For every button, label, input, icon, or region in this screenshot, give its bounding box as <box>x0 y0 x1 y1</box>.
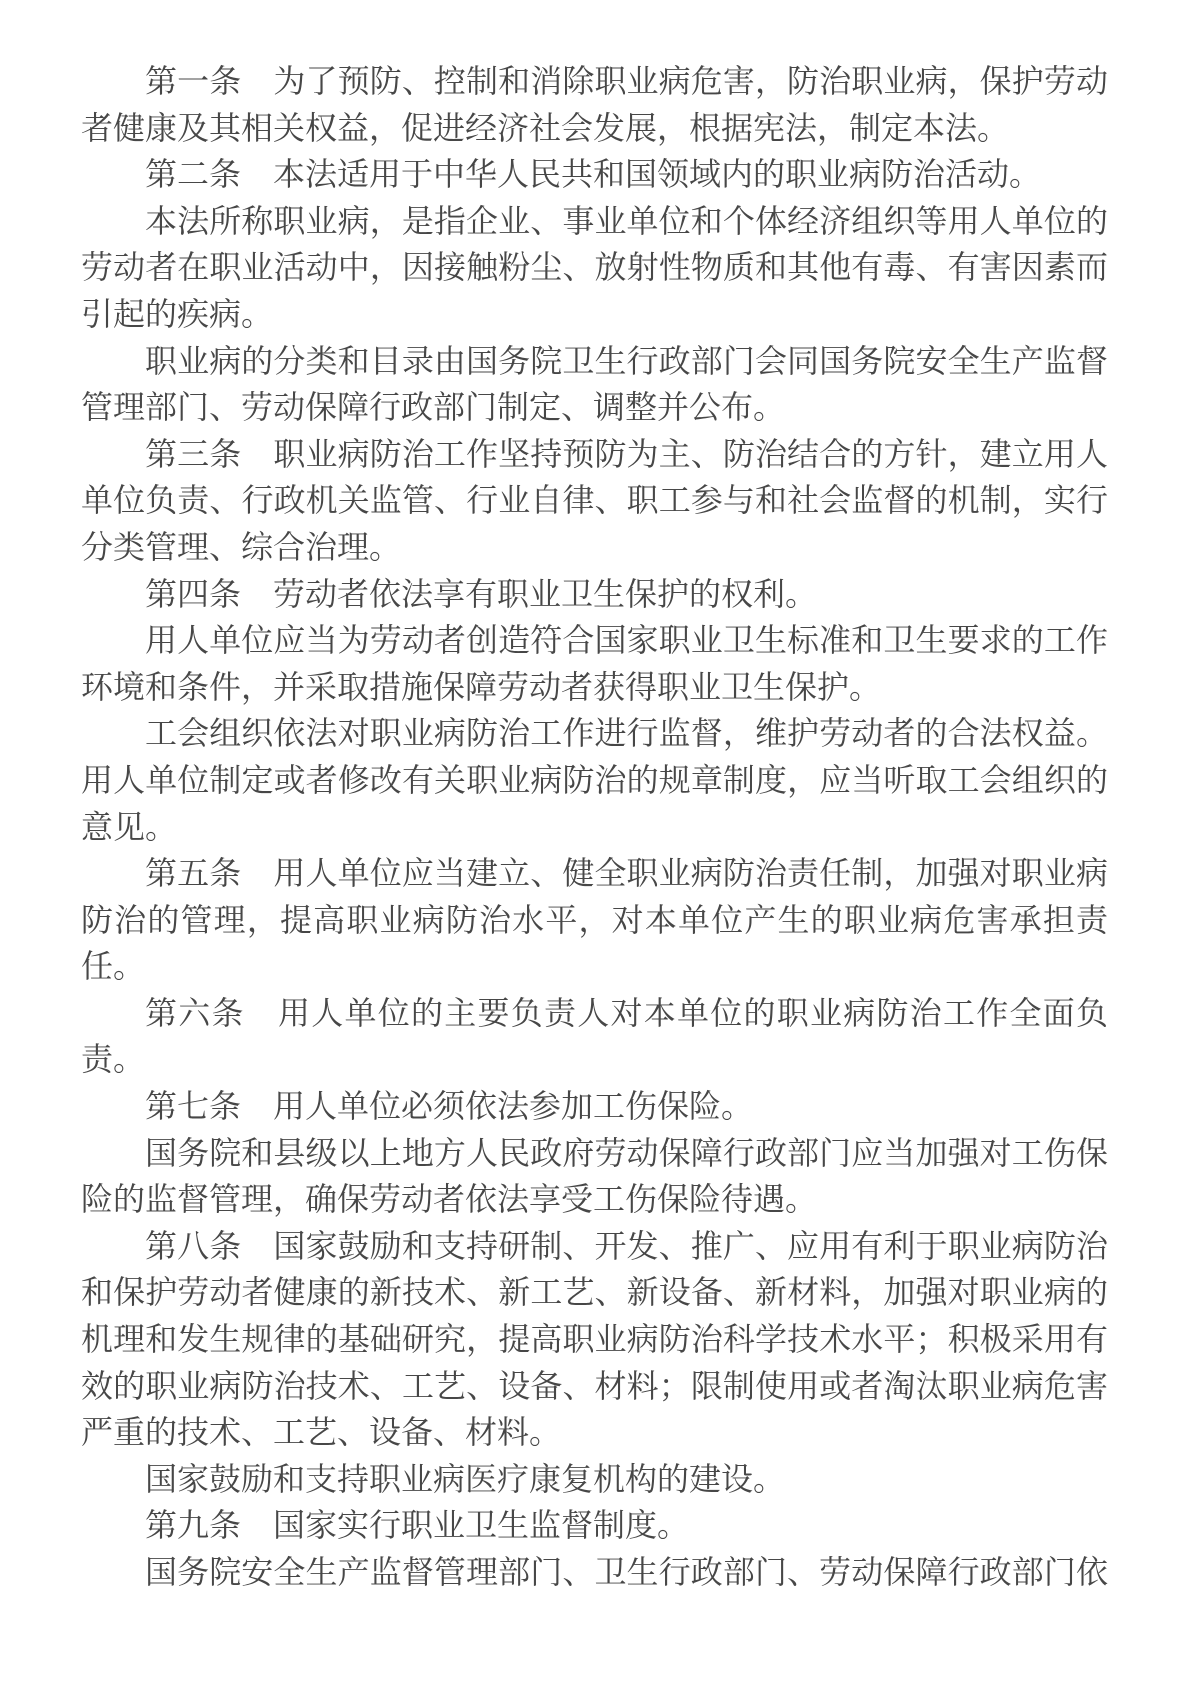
text-line: 和保护劳动者健康的新技术、新工艺、新设备、新材料，加强对职业病的 <box>81 1269 1108 1316</box>
text-line: 责。 <box>81 1036 1108 1083</box>
text-line: 用人单位制定或者修改有关职业病防治的规章制度，应当听取工会组织的 <box>81 757 1108 804</box>
text-line: 工会组织依法对职业病防治工作进行监督，维护劳动者的合法权益。 <box>81 710 1108 757</box>
text-line: 第九条 国家实行职业卫生监督制度。 <box>81 1502 1108 1549</box>
text-line: 环境和条件，并采取措施保障劳动者获得职业卫生保护。 <box>81 664 1108 711</box>
text-line: 第一条 为了预防、控制和消除职业病危害，防治职业病，保护劳动 <box>81 58 1108 105</box>
text-line: 机理和发生规律的基础研究，提高职业病防治科学技术水平；积极采用有 <box>81 1316 1108 1363</box>
text-line: 分类管理、综合治理。 <box>81 524 1108 571</box>
text-line: 职业病的分类和目录由国务院卫生行政部门会同国务院安全生产监督 <box>81 338 1108 385</box>
text-line: 国务院和县级以上地方人民政府劳动保障行政部门应当加强对工伤保 <box>81 1130 1108 1177</box>
text-line: 严重的技术、工艺、设备、材料。 <box>81 1409 1108 1456</box>
text-line: 管理部门、劳动保障行政部门制定、调整并公布。 <box>81 384 1108 431</box>
text-line: 劳动者在职业活动中，因接触粉尘、放射性物质和其他有毒、有害因素而 <box>81 244 1108 291</box>
text-line: 本法所称职业病，是指企业、事业单位和个体经济组织等用人单位的 <box>81 198 1108 245</box>
text-line: 单位负责、行政机关监管、行业自律、职工参与和社会监督的机制，实行 <box>81 477 1108 524</box>
text-line: 第六条 用人单位的主要负责人对本单位的职业病防治工作全面负 <box>81 990 1108 1037</box>
text-line: 第五条 用人单位应当建立、健全职业病防治责任制，加强对职业病 <box>81 850 1108 897</box>
text-line: 引起的疾病。 <box>81 291 1108 338</box>
text-line: 第二条 本法适用于中华人民共和国领域内的职业病防治活动。 <box>81 151 1108 198</box>
text-line: 防治的管理，提高职业病防治水平，对本单位产生的职业病危害承担责 <box>81 897 1108 944</box>
text-line: 效的职业病防治技术、工艺、设备、材料；限制使用或者淘汰职业病危害 <box>81 1363 1108 1410</box>
text-line: 者健康及其相关权益，促进经济社会发展，根据宪法，制定本法。 <box>81 105 1108 152</box>
document-page: 第一条 为了预防、控制和消除职业病危害，防治职业病，保护劳动者健康及其相关权益，… <box>0 0 1189 1683</box>
text-line: 第三条 职业病防治工作坚持预防为主、防治结合的方针，建立用人 <box>81 431 1108 478</box>
text-line: 第四条 劳动者依法享有职业卫生保护的权利。 <box>81 571 1108 618</box>
text-line: 任。 <box>81 943 1108 990</box>
text-line: 险的监督管理，确保劳动者依法享受工伤保险待遇。 <box>81 1176 1108 1223</box>
text-line: 意见。 <box>81 804 1108 851</box>
document-text: 第一条 为了预防、控制和消除职业病危害，防治职业病，保护劳动者健康及其相关权益，… <box>81 58 1108 1596</box>
text-line: 第八条 国家鼓励和支持研制、开发、推广、应用有利于职业病防治 <box>81 1223 1108 1270</box>
text-line: 国务院安全生产监督管理部门、卫生行政部门、劳动保障行政部门依 <box>81 1549 1108 1596</box>
text-line: 用人单位应当为劳动者创造符合国家职业卫生标准和卫生要求的工作 <box>81 617 1108 664</box>
text-line: 国家鼓励和支持职业病医疗康复机构的建设。 <box>81 1456 1108 1503</box>
text-line: 第七条 用人单位必须依法参加工伤保险。 <box>81 1083 1108 1130</box>
